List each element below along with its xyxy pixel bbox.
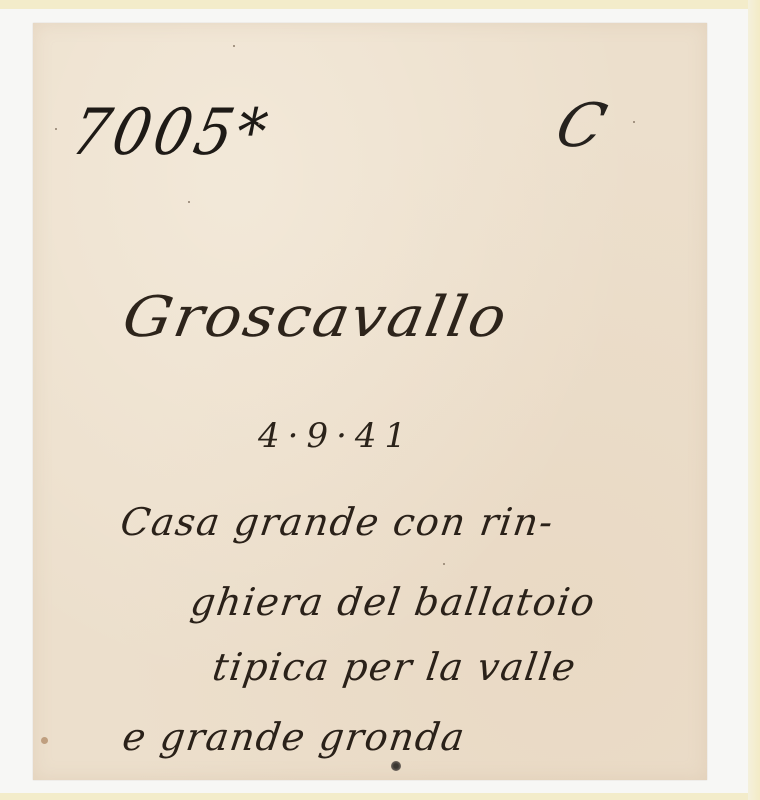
paper-card: 7005* C Groscavallo 4·9·41 Casa grande c… — [33, 23, 707, 780]
description-line-1: Casa grande con rin- — [118, 500, 557, 544]
pin-hole-mark — [391, 761, 401, 771]
paper-speck — [553, 678, 555, 680]
paper-speck — [55, 128, 57, 130]
description-line-3: tipica per la valle — [210, 645, 579, 689]
paper-speck — [233, 45, 235, 47]
catalog-number: 7005* — [65, 95, 278, 170]
paper-speck — [443, 563, 445, 565]
paper-speck — [188, 201, 190, 203]
description-line-4: e grande gronda — [120, 715, 469, 759]
paper-speck — [633, 121, 635, 123]
description-line-2: ghiera del ballatoio — [188, 580, 599, 624]
series-letter: C — [549, 91, 615, 161]
paper-stain — [41, 737, 48, 744]
backing-strip — [748, 0, 760, 800]
place-name-heading: Groscavallo — [118, 285, 513, 350]
date-line: 4·9·41 — [258, 416, 414, 456]
paper-speck — [258, 123, 260, 125]
